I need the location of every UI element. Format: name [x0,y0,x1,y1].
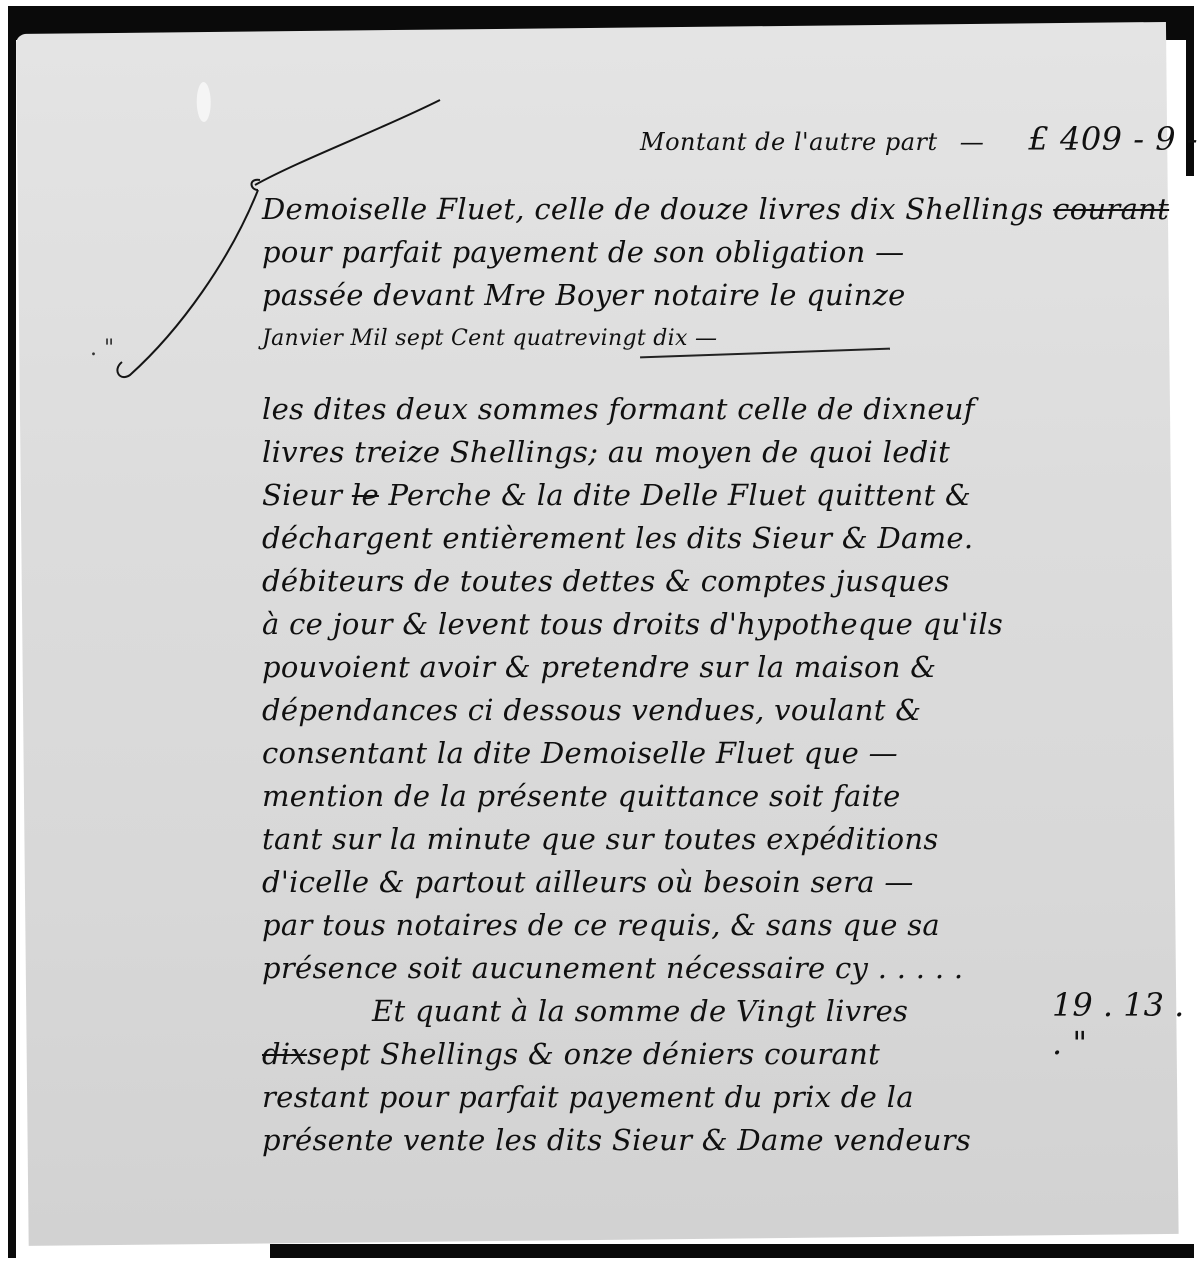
struck-word: le [352,478,379,512]
header-label: Montant de l'autre part [640,128,938,156]
manuscript-line: tant sur la minute que sur toutes expédi… [262,818,982,861]
manuscript-line: dépendances ci dessous vendues, voulant … [262,689,982,732]
scanned-page: . " Montant de l'autre part — £ 409 - 9 … [0,0,1200,1267]
manuscript-line: consentant la dite Demoiselle Fluet que … [262,732,982,775]
scan-border-left [8,6,16,1258]
manuscript-line: d'icelle & partout ailleurs où besoin se… [262,861,982,904]
manuscript-body: Demoiselle Fluet, celle de douze livres … [262,188,982,1162]
header-dash: — [960,128,985,156]
manuscript-line: livres treize Shellings; au moyen de quo… [262,431,982,474]
manuscript-line: Janvier Mil sept Cent quatrevingt dix — [262,317,982,360]
manuscript-line: Et quant à la somme de Vingt livres [262,990,982,1033]
manuscript-line: déchargent entièrement les dits Sieur & … [262,517,982,560]
manuscript-line: pouvoient avoir & pretendre sur la maiso… [262,646,982,689]
manuscript-line: Sieur le Perche & la dite Delle Fluet qu… [262,474,982,517]
manuscript-line: restant pour parfait payement du prix de… [262,1076,982,1119]
manuscript-line: Demoiselle Fluet, celle de douze livres … [262,188,982,231]
carried-amount-header: Montant de l'autre part — £ 409 - 9 - 1 [640,120,1200,158]
header-amount: £ 409 - 9 - 1 [1028,120,1200,158]
manuscript-line: les dites deux sommes formant celle de d… [262,388,982,431]
scan-border-bottom [270,1244,1194,1258]
margin-amount: 19 . 13 . . " [1052,986,1200,1062]
manuscript-line: présente vente les dits Sieur & Dame ven… [262,1119,982,1162]
manuscript-line: mention de la présente quittance soit fa… [262,775,982,818]
left-margin-marks: . " [90,336,114,361]
manuscript-line: débiteurs de toutes dettes & comptes jus… [262,560,982,603]
manuscript-line: par tous notaires de ce requis, & sans q… [262,904,982,947]
struck-word: dix [262,1037,307,1071]
manuscript-line: dixsept Shellings & onze déniers courant [262,1033,982,1076]
manuscript-line: pour parfait payement de son obligation … [262,231,982,274]
manuscript-line: présence soit aucunement nécessaire cy .… [262,947,982,990]
manuscript-line: passée devant Mre Boyer notaire le quinz… [262,274,982,317]
manuscript-line: à ce jour & levent tous droits d'hypothe… [262,603,982,646]
struck-word: courant [1053,192,1169,226]
